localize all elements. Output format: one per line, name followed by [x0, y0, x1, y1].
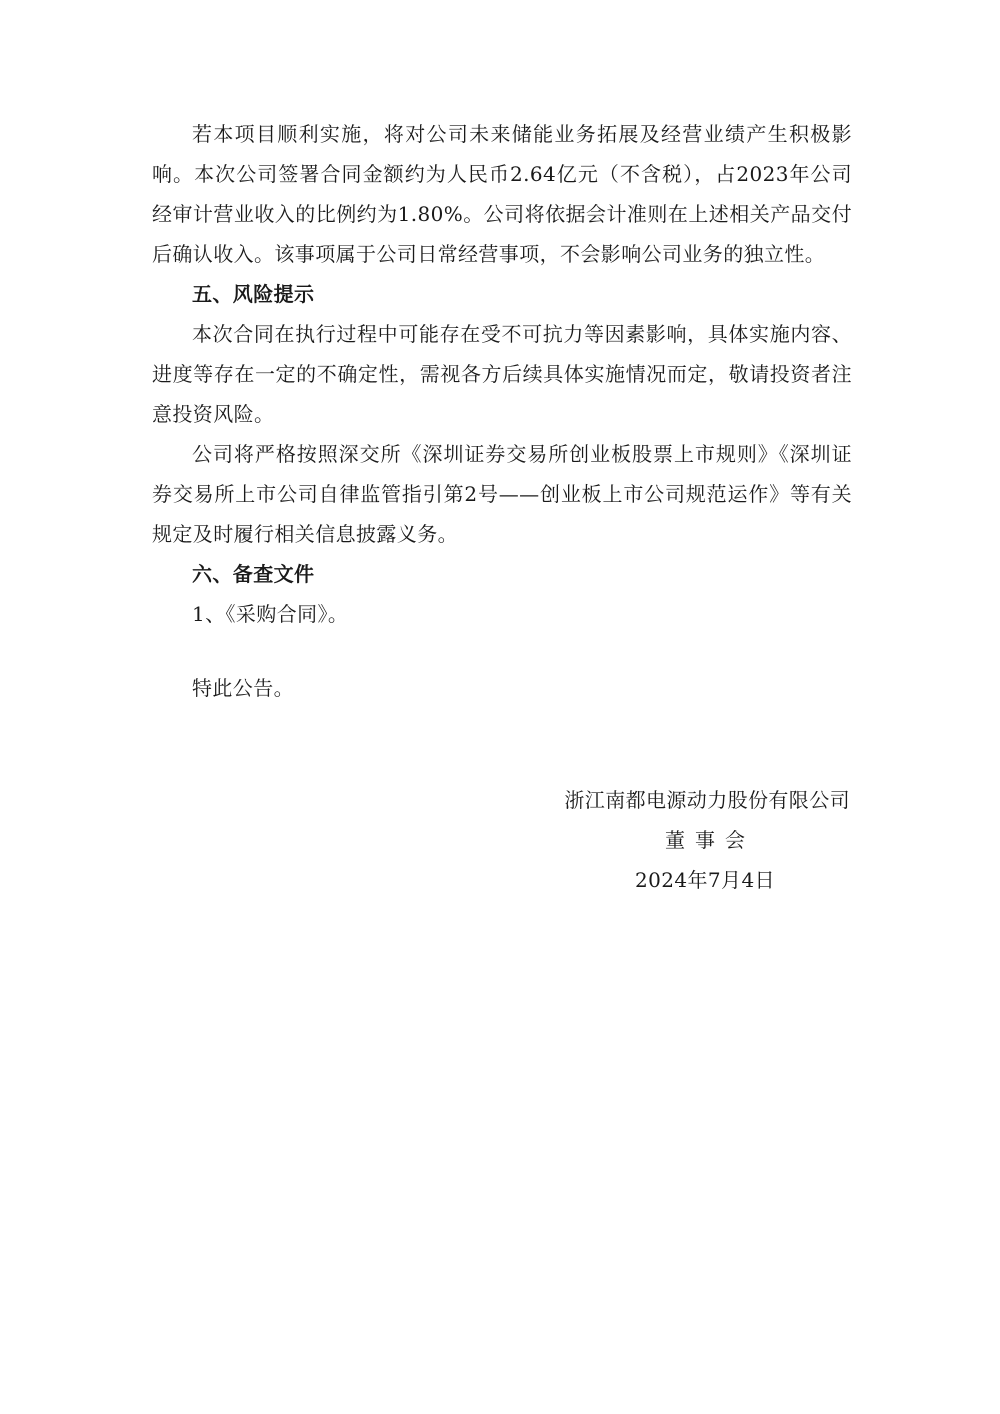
risk-paragraph: 本次合同在执行过程中可能存在受不可抗力等因素影响，具体实施内容、进度等存在一定的… [152, 314, 852, 434]
document-body: 若本项目顺利实施，将对公司未来储能业务拓展及经营业绩产生积极影响。本次公司签署合… [152, 114, 852, 634]
closing-statement: 特此公告。 [192, 668, 294, 708]
disclosure-paragraph: 公司将严格按照深交所《深圳证券交易所创业板股票上市规则》《深圳证券交易所上市公司… [152, 434, 852, 554]
section-heading-risk: 五、风险提示 [152, 274, 852, 314]
announcement-date: 2024年7月4日 [560, 860, 850, 900]
impact-paragraph: 若本项目顺利实施，将对公司未来储能业务拓展及经营业绩产生积极影响。本次公司签署合… [152, 114, 852, 274]
signature-block: 浙江南都电源动力股份有限公司 董事会 2024年7月4日 [560, 780, 850, 900]
company-name: 浙江南都电源动力股份有限公司 [560, 780, 850, 820]
reference-document-item: 1、《采购合同》。 [152, 594, 852, 634]
board-of-directors: 董事会 [560, 820, 850, 860]
section-heading-reference-documents: 六、备查文件 [152, 554, 852, 594]
